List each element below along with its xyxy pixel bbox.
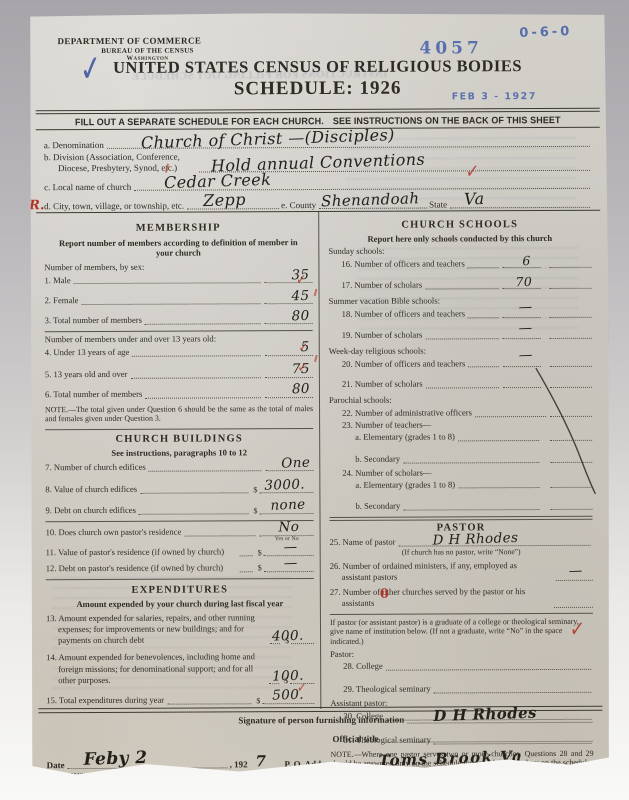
dotted-leader: Shenandoah	[319, 206, 427, 208]
answer-line-2	[550, 365, 592, 367]
code-stamp: 0-6-0	[519, 24, 572, 41]
answer-line-2	[550, 460, 592, 462]
answer-line-2	[554, 605, 593, 607]
form-row-q11: 11. Value of pastor's residence (if owne…	[46, 547, 314, 558]
dotted-leader	[239, 570, 252, 572]
group-heading: Sunday schools:	[328, 246, 591, 257]
handwritten-value: none	[270, 499, 306, 514]
handwritten-state: Va	[464, 191, 485, 208]
answer-line: —	[264, 570, 314, 572]
question-label: 21. Number of scholars	[342, 380, 423, 390]
field-label: P. O. Address	[284, 759, 336, 769]
date-po-row: Date Feby 2 , 192 7 P. O. Address Toms B…	[47, 753, 595, 770]
question-label: 19. Number of scholars	[342, 330, 423, 340]
red-checkmark: ✓	[296, 270, 307, 288]
question-label: 25. Name of pastor	[330, 538, 396, 548]
answer-line-2	[550, 486, 592, 488]
form-row-q23b: b. Secondary	[355, 454, 592, 465]
group-heading: Parochial schools:	[329, 395, 592, 406]
dotted-leader: Va	[450, 205, 590, 208]
field-denomination: a. Denomination Church of Christ —(Disci…	[44, 138, 592, 150]
form-row-q13: 13. Amount expended for salaries, repair…	[46, 612, 314, 647]
form-code: 8—5518 a	[61, 773, 89, 779]
group-heading: Summer vacation Bible schools:	[329, 296, 592, 307]
question-label: 7. Number of church edifices	[45, 463, 146, 473]
form-row-q23: 23. Number of teachers—	[342, 420, 592, 431]
answer-line: One	[265, 469, 313, 471]
handwritten-value: No	[279, 521, 300, 535]
question-label: b. Secondary	[355, 502, 400, 512]
handwritten-value: —	[284, 541, 298, 555]
form-row-q24b: b. Secondary	[355, 501, 592, 512]
red-checkmark: ✓	[465, 159, 480, 184]
question-label: 17. Number of scholars	[341, 281, 422, 291]
census-form-paper: INSTRUCTIONS FOR FILLING OUT SCHEDULE DE…	[27, 12, 610, 787]
question-label: 26. Number of ordained ministers, if any…	[330, 560, 547, 583]
dollar-sign: $	[258, 548, 262, 557]
form-code: 11—9054	[116, 773, 142, 779]
buildings-title: CHURCH BUILDINGS	[45, 433, 313, 446]
answer-line-2: —	[556, 579, 593, 581]
field-label: State	[429, 199, 447, 209]
footer-section: Signature of person furnishing informati…	[46, 714, 594, 779]
dotted-leader	[167, 702, 251, 704]
answer-line-2	[550, 508, 592, 510]
question-label: 6. Total number of members	[45, 390, 142, 400]
dotted-leader	[184, 534, 255, 536]
answer-line: 500.	[262, 702, 314, 704]
dotted-leader	[139, 512, 249, 514]
answer-line: none	[259, 512, 313, 514]
question-label: 14. Amount expended for benevolences, in…	[46, 652, 266, 686]
dotted-leader: Cedar Creek	[134, 186, 590, 190]
field-label-line2: Diocese, Presbytery, Synod, etc.)	[44, 162, 177, 173]
dotted-leader	[426, 386, 499, 388]
dotted-leader: Zepp	[187, 207, 279, 209]
handwritten-value: —	[519, 349, 533, 363]
answer-line: —	[503, 365, 541, 367]
answer-line: —	[503, 337, 541, 339]
dotted-leader	[386, 668, 591, 671]
dotted-leader: D H Rhodes	[399, 544, 591, 547]
field-label: e. County	[281, 200, 316, 210]
dotted-leader	[145, 396, 261, 399]
form-row-q21: 21. Number of scholars	[342, 379, 592, 390]
dotted-leader	[140, 491, 248, 493]
field-division: b. Division (Association, Conference, Di…	[44, 150, 592, 174]
group-heading: Number of members under and over 13 year…	[45, 334, 313, 345]
rule	[46, 578, 314, 580]
handwritten-church-name: Cedar Creek	[164, 171, 272, 190]
expenditures-subtitle: Amount expended by your church during la…	[46, 598, 314, 609]
rule	[330, 612, 593, 614]
question-label: 29. Theological seminary	[343, 685, 430, 695]
field-label: a. Denomination	[44, 140, 104, 150]
answer-line: 80	[265, 396, 313, 398]
graduate-note: If pastor (or assistant pastor) is a gra…	[330, 616, 593, 646]
handwritten-value: —	[569, 564, 583, 578]
question-label: 22. Number of administrative officers	[342, 408, 472, 418]
question-label: 28. College	[343, 662, 383, 672]
question-label: a. Elementary (grades 1 to 8)	[355, 432, 455, 442]
dotted-leader	[240, 554, 253, 556]
handwritten-city: Zepp	[203, 191, 246, 208]
membership-subtitle: Report number of members according to de…	[44, 237, 312, 259]
right-column: CHURCH SCHOOLS Report here only schools …	[328, 212, 593, 779]
group-heading: Pastor:	[330, 648, 593, 659]
form-row-q7: 7. Number of church edifices One	[45, 462, 313, 473]
answer-line: 6	[502, 266, 540, 268]
handwritten-value: 400.	[272, 630, 304, 645]
answer-line-2	[550, 415, 592, 417]
handwritten-year-digit: 7	[255, 754, 266, 769]
form-row-q17: 17. Number of scholars 70	[341, 280, 591, 291]
question-label: a. Elementary (grades 1 to 8)	[355, 480, 455, 490]
form-row-q27: 27. Number of other churches served by t…	[330, 586, 593, 609]
dollar-sign: $	[256, 696, 260, 705]
form-row-q26: 26. Number of ordained ministers, if any…	[330, 560, 593, 583]
question-label: 8. Value of church edifices	[45, 485, 137, 495]
group-heading: Number of members, by sex:	[44, 262, 312, 273]
form-row-q28: 28. College	[343, 661, 593, 672]
question-label: 18. Number of officers and teachers	[342, 309, 465, 319]
schools-title: CHURCH SCHOOLS	[328, 219, 591, 232]
dotted-leader	[74, 282, 261, 285]
buildings-subtitle: See instructions, paragraphs 10 to 12	[45, 447, 313, 458]
form-row-q12: 12. Debt on pastor's residence (if owned…	[46, 563, 314, 574]
form-row-q4: 4. Under 13 years of age 5	[45, 347, 313, 358]
dotted-leader: Toms Brook Va	[339, 765, 593, 768]
answer-line-2	[550, 316, 592, 318]
form-row-q1: 1. Male 35	[44, 275, 312, 286]
rule	[45, 330, 313, 332]
dotted-leader	[468, 266, 499, 268]
question-label: 11. Value of pastor's residence (if owne…	[46, 547, 237, 558]
form-row-q15: 15. Total expenditures during year $ 500…	[46, 695, 314, 706]
form-row-q24a: a. Elementary (grades 1 to 8)	[355, 479, 592, 490]
form-row-q29: 29. Theological seminary	[343, 684, 593, 695]
answer-line-2	[550, 386, 592, 388]
question-label: 24. Number of scholars—	[342, 468, 431, 478]
dotted-leader	[81, 303, 260, 306]
red-checkmark: ✓	[569, 616, 586, 644]
form-row-q10: 10. Does church own pastor's residence N…	[46, 527, 314, 538]
handwritten-pastor-name: D H Rhodes	[432, 529, 587, 548]
answer-line	[503, 386, 541, 388]
form-row-q18: 18. Number of officers and teachers —	[342, 309, 592, 320]
form-row-q24: 24. Number of scholars—	[342, 467, 592, 478]
field-label: Signature of person furnishing informati…	[238, 715, 404, 726]
handwritten-value: 6	[522, 255, 531, 268]
column-divider	[318, 212, 321, 709]
form-row-q19: 19. Number of scholars —	[342, 330, 592, 341]
question-label: 15. Total expenditures during year	[46, 696, 164, 706]
question-label: 13. Amount expended for salaries, repair…	[46, 612, 267, 646]
red-tick	[314, 355, 318, 362]
handwritten-value: 80	[292, 383, 310, 397]
handwritten-value: 45	[291, 290, 309, 304]
handwritten-po-address: Toms Brook Va	[379, 749, 524, 769]
form-row-q3: 3. Total number of members 80	[45, 315, 313, 326]
dotted-leader: D H Rhodes	[407, 721, 592, 724]
answer-line-2	[550, 287, 592, 289]
answer-line-2	[549, 266, 591, 268]
handwritten-value: One	[281, 456, 310, 470]
question-label: 12. Debt on pastor's residence (if owned…	[46, 563, 237, 574]
question-label: 2. Female	[45, 296, 79, 306]
dotted-leader	[145, 322, 261, 325]
answer-line-2	[550, 439, 592, 441]
red-checkmark: ✓	[296, 678, 307, 696]
question-label: b. Secondary	[355, 454, 400, 464]
dollar-sign: $	[253, 485, 257, 494]
dotted-leader	[458, 486, 539, 488]
dotted-leader	[403, 461, 539, 464]
field-label: d. City, town, village, or township, etc…	[44, 200, 184, 211]
handwritten-value: 80	[291, 309, 309, 323]
answer-line: —	[503, 316, 541, 318]
answer-line: 70	[503, 287, 541, 289]
dotted-leader	[434, 691, 592, 694]
red-checkmark: ✓	[298, 341, 308, 357]
form-codes-row: 8—5518 a 11—9054	[47, 771, 595, 779]
expenditures-title: EXPENDITURES	[46, 584, 314, 597]
handwritten-value: 3000.	[265, 478, 306, 493]
question-label: 27. Number of other churches served by t…	[330, 586, 545, 609]
dotted-leader	[425, 337, 498, 339]
answer-line: 3000.	[259, 491, 313, 493]
dotted-leader	[132, 354, 261, 357]
form-row-q2: 2. Female 45	[45, 295, 313, 306]
handwritten-county: Shenandoah	[321, 191, 420, 209]
form-row-q16: 16. Number of officers and teachers 6	[341, 259, 591, 270]
dotted-leader	[468, 366, 499, 368]
schools-subtitle: Report here only schools conducted by th…	[328, 233, 591, 244]
handwritten-date: Feby 2	[83, 750, 147, 769]
dollar-sign: $	[258, 564, 262, 573]
form-row-q14: 14. Amount expended for benevolences, in…	[46, 652, 314, 687]
red-checkmark: ✓	[297, 358, 308, 376]
printed-year: , 192	[230, 759, 248, 769]
dotted-leader	[130, 376, 260, 379]
department-name: DEPARTMENT OF COMMERCE	[57, 35, 237, 46]
question-label: 5. 13 years old and over	[45, 370, 128, 380]
question-label: 1. Male	[44, 276, 70, 286]
identity-section: a. Denomination Church of Christ —(Disci…	[44, 136, 592, 211]
handwritten-value: —	[519, 322, 533, 336]
red-margin-mark: R.	[29, 198, 44, 213]
form-row-q22: 22. Number of administrative officers	[342, 408, 592, 419]
field-label: b. Division (Association, Conference, Di…	[44, 152, 196, 174]
answer-line-2	[550, 336, 592, 338]
field-label: Official title	[332, 734, 378, 744]
form-row-q6: 6. Total number of members 80	[45, 389, 313, 400]
answer-line: 80	[265, 322, 313, 324]
official-title-row: Official title	[332, 733, 594, 744]
question-label: 20. Number of officers and teachers	[342, 359, 465, 369]
dollar-sign: $	[253, 506, 257, 515]
question-label: 16. Number of officers and teachers	[341, 260, 464, 270]
form-row-q25: 25. Name of pastor D H Rhodes	[330, 537, 593, 548]
membership-note: NOTE.—The total given under Question 6 s…	[45, 404, 313, 424]
red-tick	[314, 289, 318, 296]
handwritten-signature: D H Rhodes	[433, 706, 537, 724]
form-row-q23a: a. Elementary (grades 1 to 8)	[355, 432, 592, 443]
field-label: Date	[47, 760, 65, 770]
group-heading: Week-day religious schools:	[329, 345, 592, 356]
dotted-leader	[425, 287, 498, 289]
handwritten-value: —	[284, 557, 298, 571]
dotted-leader	[475, 415, 546, 417]
question-label: 4. Under 13 years of age	[45, 348, 130, 358]
field-label: c. Local name of church	[44, 181, 131, 191]
red-zero-mark: 0	[380, 587, 389, 602]
rule	[46, 520, 314, 522]
question-label: 9. Debt on church edifices	[45, 506, 135, 516]
dotted-leader	[403, 508, 539, 511]
received-date-stamp: FEB 3 - 1927	[452, 91, 537, 102]
dotted-leader	[468, 316, 499, 318]
question-label: 10. Does church own pastor's residence	[46, 528, 182, 538]
question-label: 23. Number of teachers—	[342, 421, 431, 431]
handwritten-denomination: Church of Christ —(Disciples)	[141, 127, 395, 151]
field-label-line1: b. Division (Association, Conference,	[44, 152, 180, 163]
question-label: 3. Total number of members	[45, 316, 142, 326]
handwritten-value: —	[518, 301, 532, 315]
field-local-name: c. Local name of church Cedar Creek	[44, 179, 592, 191]
dotted-leader: Church of Christ —(Disciples)	[107, 145, 590, 149]
rule	[330, 516, 593, 521]
dotted-leader	[382, 740, 593, 743]
dotted-leader: Feby 2	[68, 766, 228, 769]
dotted-leader	[149, 469, 262, 471]
pastor-none-hint: (If church has no pastor, write “None”)	[330, 548, 593, 558]
membership-title: MEMBERSHIP	[44, 222, 312, 235]
answer-line: 45	[265, 302, 313, 304]
answer-line: 400.	[291, 643, 314, 645]
form-row-q5: 5. 13 years old and over 75	[45, 369, 313, 380]
signature-row: Signature of person furnishing informati…	[238, 714, 594, 726]
form-title: UNITED STATES CENSUS OF RELIGIOUS BODIES	[28, 56, 608, 79]
form-row-q8: 8. Value of church edifices $ 3000.	[45, 484, 313, 495]
rule	[45, 428, 313, 430]
form-row-q9: 9. Debt on church edifices $ none	[45, 505, 313, 516]
form-row-q20: 20. Number of officers and teachers —	[342, 358, 592, 369]
dotted-leader	[458, 439, 539, 441]
handwritten-value: 70	[516, 275, 533, 288]
left-column: MEMBERSHIP Report number of members acco…	[44, 213, 314, 706]
answer-line: No Yes or No	[260, 534, 314, 536]
